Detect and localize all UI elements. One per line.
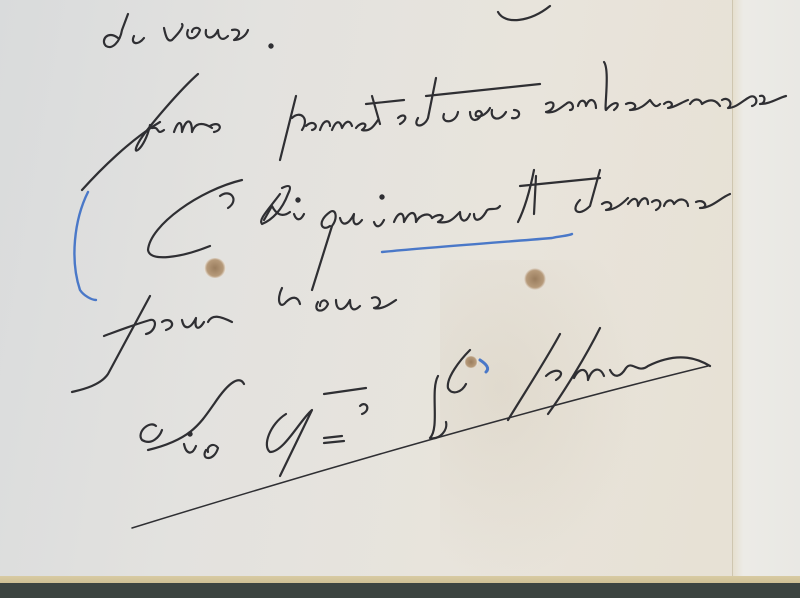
stroke-line-je-me-permets — [82, 62, 786, 190]
handwriting-strokes — [0, 0, 800, 598]
stroke-fragment-top — [498, 6, 550, 20]
stroke-line-celui-qui-meurt — [148, 170, 730, 290]
stroke-line-pour-vous — [72, 288, 396, 392]
stroke-line-de-vous — [104, 14, 273, 48]
blue-underline — [382, 234, 572, 252]
pin-hole-signature — [464, 356, 478, 368]
stroke-signature — [132, 328, 710, 528]
blue-margin-bracket — [74, 192, 96, 300]
pin-hole-left — [204, 258, 226, 278]
blue-mark-near-hole — [480, 360, 488, 372]
pin-hole-right — [524, 268, 546, 290]
